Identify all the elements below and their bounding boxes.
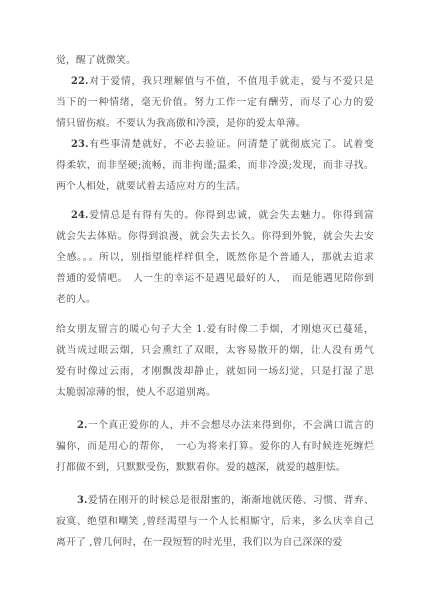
paragraph-number: 22. xyxy=(71,76,89,87)
text-line: 觉，醒了就微笑。 xyxy=(56,50,374,71)
text-line: 打都做不到，只默默受伤，默默看你。爱的越深，就爱的越胆怯。 xyxy=(56,457,374,478)
text-line: 寂寞、绝望和嘲笑 ,曾经渴望与一个人长相厮守，后来，多么庆幸自己 xyxy=(56,511,374,532)
text-line: 2.一个真正爱你的人，并不会想尽办法来得到你，不会满口谎言的 xyxy=(56,415,374,436)
text-line: 普通的爱情吧。 人一生的幸运不是遇见最好的人， 而是能遇见陪你到 xyxy=(56,268,374,289)
text-line: 两个人相处，就要试着去适应对方的生活。 xyxy=(56,176,374,197)
text-line: 3.爱情在刚开的时候总是很甜蜜的，渐渐地就厌倦、习惯、背弃、 xyxy=(56,490,374,511)
paragraph-3: 3.爱情在刚开的时候总是很甜蜜的，渐渐地就厌倦、习惯、背弃、 寂寞、绝望和嘲笑 … xyxy=(56,490,374,553)
text-line: 就会失去体贴。你得到浪漫，就会失去长久。你得到外貌，就会失去安 xyxy=(56,226,374,247)
text-line: 太脆弱凉薄的恨，使人不忍道别离。 xyxy=(56,382,374,403)
paragraph-number: 2. xyxy=(77,420,88,431)
paragraph-number: 3. xyxy=(77,495,88,506)
text-line: 情只留伤痕。不要认为我高傲和冷漠，是你的爱太单薄。 xyxy=(56,113,374,134)
document-page: 觉，醒了就微笑。 22.对于爱情，我只理解值与不值，不值甩手就走，爱与不爱只是 … xyxy=(0,0,423,600)
paragraph-24: 24.爱情总是有得有失的。你得到忠诚，就会失去魅力。你得到富贵， 就会失去体贴。… xyxy=(56,205,374,310)
text-line: 老的人。 xyxy=(56,289,374,310)
text-line: 全感。。。所以，别指望能样样俱全，既然你是个普通人，那就去追求 xyxy=(56,247,374,268)
text-line: 离开了 ,曾几何时，在一段短暂的时光里，我们以为自己深深的爱 xyxy=(56,532,374,553)
text-segment: 有些事清楚就好，不必去验证。问清楚了就彻底完了。试着变 xyxy=(89,139,374,150)
paragraph-number: 24. xyxy=(71,210,89,221)
text-line: 得柔软，而非坚硬;流畅，而非拘谨;温柔，而非冷漠;发现，而非寻找。 xyxy=(56,155,374,176)
text-line: 22.对于爱情，我只理解值与不值，不值甩手就走，爱与不爱只是 xyxy=(56,71,374,92)
paragraph-title-section: 给女朋友留言的暖心句子大全 1.爱有时像二手烟，才刚熄灭已蔓延， 就当成过眼云烟… xyxy=(56,319,374,403)
paragraph-22: 22.对于爱情，我只理解值与不值，不值甩手就走，爱与不爱只是 当下的一种情绪，毫… xyxy=(56,71,374,134)
text-line: 24.爱情总是有得有失的。你得到忠诚，就会失去魅力。你得到富贵， xyxy=(56,205,374,226)
text-line: 23.有些事清楚就好，不必去验证。问清楚了就彻底完了。试着变 xyxy=(56,134,374,155)
paragraph-23: 23.有些事清楚就好，不必去验证。问清楚了就彻底完了。试着变 得柔软，而非坚硬;… xyxy=(56,134,374,197)
text-segment: 一个真正爱你的人，并不会想尽办法来得到你，不会满口谎言的 xyxy=(88,420,374,431)
text-line: 当下的一种情绪，毫无价值。努力工作一定有酬劳，而尽了心力的爱 xyxy=(56,92,374,113)
text-segment: 爱情总是有得有失的。你得到忠诚，就会失去魅力。你得到富贵， xyxy=(56,210,374,226)
text-line: 就当成过眼云烟，只会熏红了双眼，太容易散开的烟，让人没有勇气点。 xyxy=(56,340,374,361)
paragraph-2: 2.一个真正爱你的人，并不会想尽办法来得到你，不会满口谎言的 骗你，而是用心的帮… xyxy=(56,415,374,478)
text-segment: 对于爱情，我只理解值与不值，不值甩手就走，爱与不爱只是 xyxy=(89,76,374,87)
paragraph-number: 23. xyxy=(71,139,89,150)
text-line: 爱有时像过云雨，才刚飘泼却静止，就如同一场幻觉，只是打湿了思念， xyxy=(56,361,374,382)
text-segment: 爱情在刚开的时候总是很甜蜜的，渐渐地就厌倦、习惯、背弃、 xyxy=(88,495,374,506)
paragraph-continuation: 觉，醒了就微笑。 xyxy=(56,50,374,71)
text-line: 骗你，而是用心的帮你， 一心为将来打算。爱你的人有时候连死缠烂 xyxy=(56,436,374,457)
text-line: 给女朋友留言的暖心句子大全 1.爱有时像二手烟，才刚熄灭已蔓延， xyxy=(56,319,374,340)
